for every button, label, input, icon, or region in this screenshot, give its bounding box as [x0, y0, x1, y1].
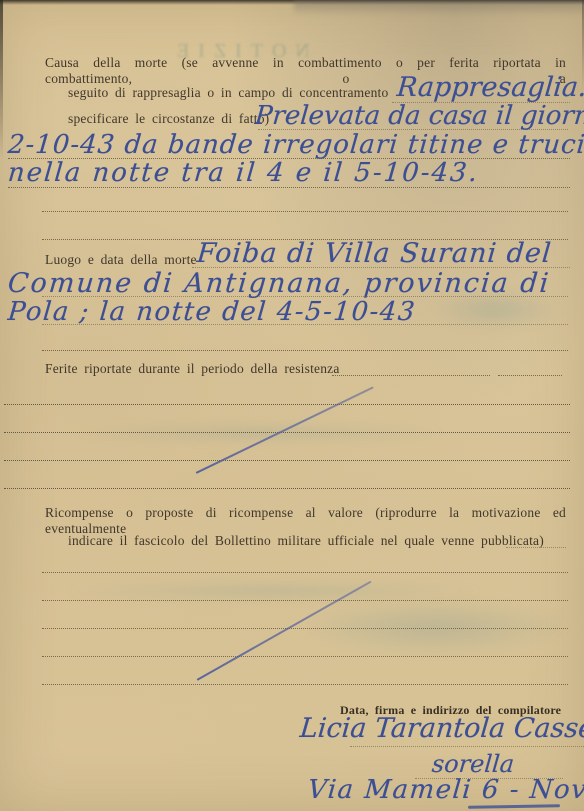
scanned-form-page: NOTIZIE Causa della morte (se avvenne in… [0, 0, 584, 811]
ruled-line [4, 404, 570, 405]
ink-underline-novara [468, 804, 560, 808]
ruled-line [506, 547, 566, 548]
handwritten-causa-line1: Prelevata da casa il giorno [254, 101, 584, 131]
handwritten-relation: sorella [431, 750, 516, 778]
scan-edge-top-right [294, 0, 584, 16]
ruled-line [42, 600, 568, 601]
ruled-line [332, 375, 490, 376]
label-causa-line2: seguito di rappresaglia o in campo di co… [68, 85, 388, 101]
handwritten-luogo-line2: Comune di Antignana, provincia di [7, 268, 552, 299]
handwritten-rappresaglia: Rappresaglia. [396, 72, 584, 103]
handwritten-luogo-line1: Foiba di Villa Surani del [196, 238, 553, 269]
ruled-line [4, 432, 570, 433]
handwritten-causa-line2: 2-10-43 da bande irregolari titine e tru… [7, 130, 584, 160]
label-luogo: Luogo e data della morte [45, 252, 197, 268]
ruled-line [42, 628, 568, 629]
bleedthrough-smudge [60, 583, 490, 599]
label-ferite: Ferite riportate durante il periodo dell… [45, 361, 340, 377]
handwritten-luogo-line3: Pola ; la notte del 4-5-10-43 [7, 297, 418, 327]
handwritten-causa-line3: nella notte tra il 4 e il 5-10-43. [7, 158, 481, 188]
ruled-line [350, 746, 584, 747]
bleedthrough-smudge [70, 425, 450, 441]
label-ricompense-line2: indicare il fascicolo del Bollettino mil… [68, 533, 544, 549]
ruled-line [4, 460, 570, 461]
scan-edge-left [0, 0, 3, 160]
ruled-line [42, 572, 568, 573]
ruled-line [4, 488, 570, 489]
ruled-line [42, 656, 568, 657]
ruled-line [498, 375, 562, 376]
ruled-line [42, 350, 568, 351]
handwritten-signature: Licia Tarantola Cassetti [299, 713, 584, 744]
handwritten-address: Via Mameli 6 - Novara [307, 775, 584, 805]
ruled-line [42, 684, 568, 685]
ruled-line [42, 211, 568, 212]
label-causa-line3: specificare le circostanze di fatto) [68, 111, 269, 127]
